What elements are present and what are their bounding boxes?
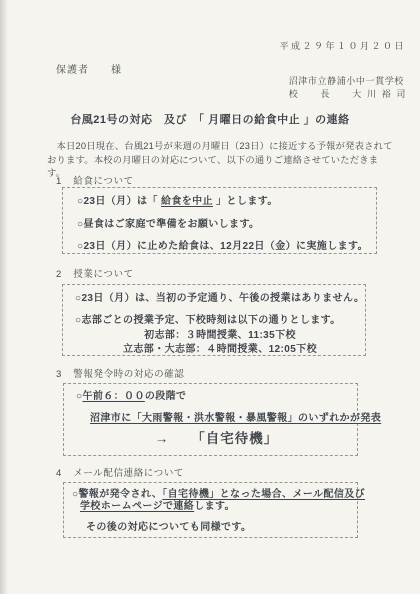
underlined-text: 学校ホームページで連絡 (80, 501, 194, 512)
sender-block: 沼津市立静浦小中一貫学校 校 長 大 川 裕 司 (289, 75, 407, 100)
box-line: その後の対応についても同様です。 (72, 522, 357, 533)
stay-home-line: →「自宅待機」 (76, 431, 357, 447)
principal-name: 校 長 大 川 裕 司 (289, 88, 407, 101)
box-line: ○志部ごとの授業予定、下校時刻は以下の通りとします。 (75, 315, 365, 326)
line-text: ○23日（月）は「 (77, 196, 161, 207)
section-2-heading: 2授業について (56, 266, 134, 280)
section-1-number: 1 (56, 176, 61, 187)
box-line: ○23日（月）は、当初の予定通り、午後の授業はありません。 (75, 293, 365, 304)
underlined-text: 給食を中止 (161, 196, 213, 207)
underlined-text: 「自宅待機」となった場合、メール配信及び (162, 489, 365, 500)
scanned-notice-page: 平成２９年１０月２０日 保護者 様 沼津市立静浦小中一貫学校 校 長 大 川 裕… (0, 0, 420, 594)
section-4-heading: 4メール配信連絡について (56, 465, 184, 479)
section-1-heading: 1給食について (56, 173, 134, 187)
box-line: ○午前６：００の段階で (76, 391, 357, 402)
section-2-box: ○23日（月）は、当初の予定通り、午後の授業はありません。 ○志部ごとの授業予定… (62, 284, 366, 356)
section-1-box: ○23日（月）は「 給食を中止 」とします。 ○昼食はご家庭で準備をお願いします… (62, 187, 377, 254)
dismissal-time-shoshi: 初志部：３時間授業、11:35下校 (75, 329, 365, 343)
school-name: 沼津市立静浦小中一貫学校 (289, 75, 407, 88)
section-3-label: 警報発令時の対応の確認 (73, 369, 184, 380)
underlined-text: 午前６：００ (82, 391, 144, 402)
notice-title: 台風21号の対応 及び 「 月曜日の給食中止 」の連絡 (0, 111, 420, 127)
line-text: の段階で (145, 391, 187, 402)
recipient: 保護者 様 (56, 61, 122, 76)
section-4-label: メール配信連絡について (73, 468, 184, 479)
dismissal-time-risshi-taishi: 立志部・大志部：４時間授業、12:05下校 (75, 343, 365, 357)
underlined-text: 沼津市に「大雨警報・洪水警報・暴風警報」のいずれかが発表 (90, 413, 381, 424)
scan-edge-shadow (0, 0, 8, 594)
section-1-label: 給食について (73, 176, 133, 187)
right-arrow-icon: → (155, 431, 170, 446)
section-2-number: 2 (56, 269, 61, 280)
section-3-box: ○午前６：００の段階で 沼津市に「大雨警報・洪水警報・暴風警報」のいずれかが発表… (63, 383, 358, 456)
section-3-heading: 3警報発令時の対応の確認 (56, 366, 184, 380)
section-4-number: 4 (56, 468, 61, 479)
warning-list-line: 沼津市に「大雨警報・洪水警報・暴風警報」のいずれかが発表 (76, 413, 357, 424)
box-line: ○昼食はご家庭で準備をお願いします。 (77, 219, 376, 230)
line-text: ○警報が発令され、 (72, 489, 162, 500)
line-text: します。 (194, 501, 235, 512)
document-date: 平成２９年１０月２０日 (279, 39, 406, 52)
stay-home-text: 「自宅待機」 (191, 431, 278, 446)
box-line: ○23日（月）に止めた給食は、12月22日（金）に実施します。 (77, 241, 376, 252)
box-line: 学校ホームページで連絡します。 (72, 501, 357, 513)
box-line: ○警報が発令され、「自宅待機」となった場合、メール配信及び (72, 489, 357, 501)
section-3-number: 3 (56, 369, 61, 380)
line-text: 」とします。 (213, 196, 278, 207)
section-2-label: 授業について (73, 269, 133, 280)
section-4-box: ○警報が発令され、「自宅待機」となった場合、メール配信及び 学校ホームページで連… (63, 482, 358, 538)
box-line: ○23日（月）は「 給食を中止 」とします。 (77, 196, 376, 207)
